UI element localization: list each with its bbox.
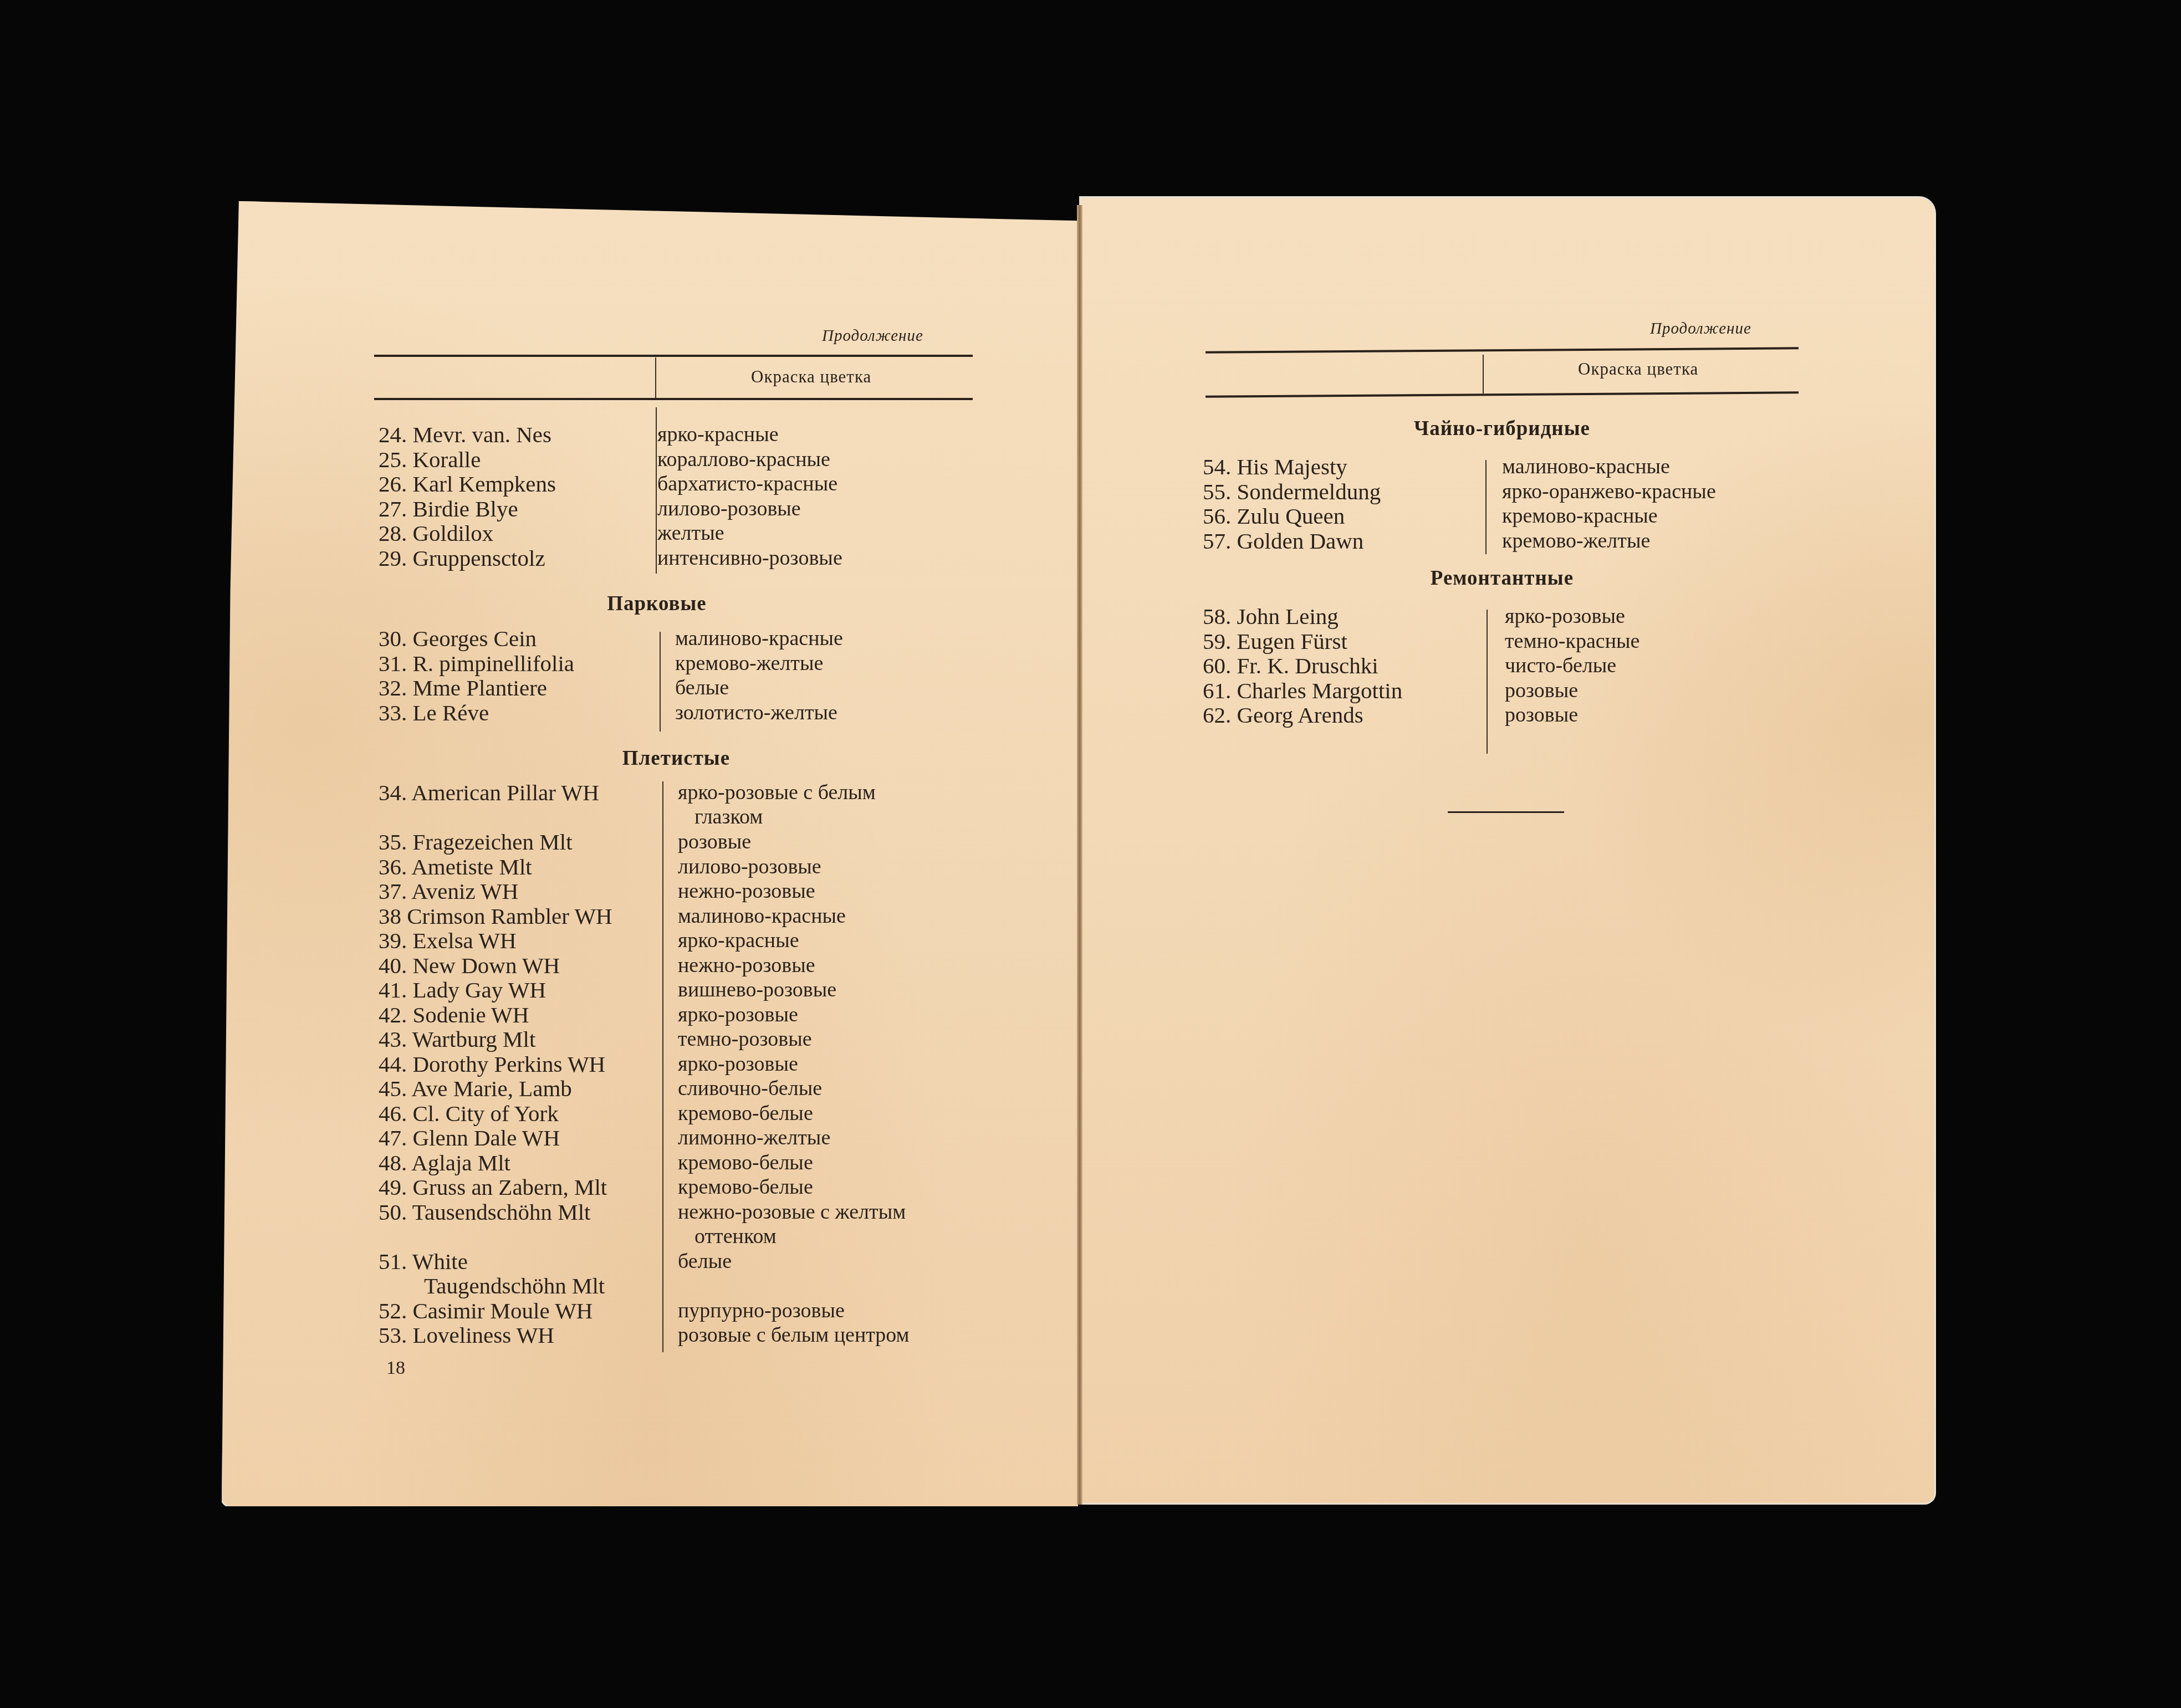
rose-variety-name: 53. Loveliness WH (379, 1323, 554, 1347)
table-row: 33. Le Réveзолотисто-желтые (379, 700, 988, 725)
rose-variety-name: 25. Koralle (379, 447, 481, 472)
table-row: 55. Sondermeldungярко-оранжево-красные (1203, 479, 1812, 504)
left-header-bottom-rule (374, 398, 973, 400)
table-row: 61. Charles Margottinрозовые (1203, 678, 1812, 703)
flower-color: кремово-белые (678, 1150, 813, 1175)
flower-color: розовые (678, 830, 751, 854)
rose-variety-name: 37. Aveniz WH (379, 879, 518, 903)
flower-color: ярко-оранжево-красные (1502, 479, 1716, 504)
rose-variety-name: 59. Eugen Fürst (1203, 629, 1347, 653)
table-row: 53. Loveliness WHрозовые с белым центром (379, 1323, 988, 1348)
right-group-2: 58. John Leingярко-розовые59. Eugen Fürs… (1203, 604, 1812, 728)
table-row: 50. Tausendschöhn Mltнежно-розовые с жел… (379, 1200, 988, 1249)
rose-variety-name: 42. Sodenie WH (379, 1003, 529, 1027)
right-group-1: 54. His Majestyмалиново-красные55. Sonde… (1203, 454, 1812, 553)
table-row: 45. Ave Marie, Lambсливочно-белые (379, 1076, 988, 1101)
rose-variety-name: 34. American Pillar WH (379, 780, 599, 805)
flower-color: белые (678, 1249, 732, 1274)
right-column-header: Окраска цветка (1578, 359, 1698, 379)
flower-color: малиново-красные (675, 626, 843, 651)
rose-variety-name: 58. John Leing (1203, 604, 1339, 628)
left-header-top-rule (374, 355, 973, 357)
rose-variety-name: 27. Birdie Blye (379, 497, 518, 521)
flower-color: кремово-желтые (675, 651, 823, 676)
flower-color: желтые (657, 521, 724, 545)
rose-variety-name: 26. Karl Kempkens (379, 472, 556, 496)
table-row: 41. Lady Gay WHвишнево-розовые (379, 978, 988, 1003)
flower-color: темно-красные (1505, 629, 1639, 653)
table-row: 48. Aglaja Mltкремово-белые (379, 1150, 988, 1175)
table-row: 37. Aveniz WHнежно-розовые (379, 879, 988, 904)
rose-variety-name: 50. Tausendschöhn Mlt (379, 1200, 590, 1224)
flower-color: розовые (1505, 678, 1578, 703)
table-row: 30. Georges Ceinмалиново-красные (379, 626, 988, 651)
rose-variety-name: 51. WhiteTaugendschöhn Mlt (379, 1249, 605, 1298)
rose-variety-name: 47. Glenn Dale WH (379, 1126, 560, 1150)
left-group-1: 24. Mevr. van. Nesярко-красные25. Korall… (379, 422, 988, 570)
rose-variety-name: 41. Lady Gay WH (379, 978, 546, 1002)
flower-color: белые (675, 676, 729, 700)
flower-color: нежно-розовые (678, 953, 815, 978)
left-header-divider (655, 357, 656, 399)
table-row: 59. Eugen Fürstтемно-красные (1203, 629, 1812, 654)
flower-color-continuation: оттенком (678, 1224, 906, 1249)
rose-variety-name: 30. Georges Cein (379, 626, 537, 651)
rose-variety-name: 49. Gruss an Zabern, Mlt (379, 1175, 607, 1199)
left-continuation-label: Продолжение (822, 327, 923, 345)
rose-variety-name: 60. Fr. K. Druschki (1203, 653, 1378, 678)
table-row: 49. Gruss an Zabern, Mltкремово-белые (379, 1175, 988, 1200)
flower-color: лимонно-желтые (678, 1126, 830, 1150)
table-row: 40. New Down WHнежно-розовые (379, 953, 988, 978)
left-column-header: Окраска цветка (751, 367, 871, 387)
section-title-park: Парковые (554, 592, 759, 616)
table-row: 62. Georg Arendsрозовые (1203, 703, 1812, 728)
flower-color: розовые (1505, 703, 1578, 727)
flower-color: вишнево-розовые (678, 978, 836, 1002)
flower-color: лилово-розовые (678, 855, 821, 879)
table-row: 31. R. pimpinellifoliaкремово-желтые (379, 651, 988, 676)
table-row: 56. Zulu Queenкремово-красные (1203, 504, 1812, 529)
table-row: 28. Goldiloxжелтые (379, 521, 988, 546)
flower-color: темно-розовые (678, 1027, 812, 1051)
rose-variety-name: 46. Cl. City of York (379, 1101, 559, 1126)
table-row: 35. Fragezeichen Mltрозовые (379, 830, 988, 855)
right-continuation-label: Продолжение (1650, 320, 1751, 338)
rose-variety-name: 55. Sondermeldung (1203, 479, 1381, 504)
flower-color: кораллово-красные (657, 447, 830, 472)
rose-variety-name: 56. Zulu Queen (1203, 504, 1345, 528)
table-row: 44. Dorothy Perkins WHярко-розовые (379, 1052, 988, 1077)
page-number: 18 (386, 1358, 405, 1379)
table-row: 39. Exelsa WHярко-красные (379, 928, 988, 953)
flower-color: ярко-красные (678, 928, 799, 953)
rose-variety-name: 43. Wartburg Mlt (379, 1027, 535, 1051)
flower-color: нежно-розовые (678, 879, 815, 903)
rose-variety-name: 33. Le Réve (379, 700, 489, 725)
flower-color: розовые с белым центром (678, 1323, 910, 1347)
rose-variety-name: 44. Dorothy Perkins WH (379, 1052, 605, 1076)
flower-color: ярко-красные (657, 422, 779, 447)
table-row: 43. Wartburg Mltтемно-розовые (379, 1027, 988, 1052)
flower-color: ярко-розовые с белымглазком (678, 780, 876, 829)
table-row: 42. Sodenie WHярко-розовые (379, 1003, 988, 1027)
section-title-climbing: Плетистые (588, 746, 765, 770)
rose-variety-name: 29. Gruppensctolz (379, 546, 545, 570)
table-row: 34. American Pillar WHярко-розовые с бел… (379, 780, 988, 830)
flower-color: чисто-белые (1505, 653, 1616, 678)
flower-color: кремово-желтые (1502, 529, 1650, 553)
rose-variety-name: 35. Fragezeichen Mlt (379, 830, 573, 854)
table-row: 25. Koralleкораллово-красные (379, 447, 988, 472)
flower-color: ярко-розовые (1505, 604, 1625, 628)
table-row: 38 Crimson Rambler WHмалиново-красные (379, 904, 988, 929)
rose-variety-name: 54. His Majesty (1203, 454, 1347, 479)
rose-variety-name: 28. Goldilox (379, 521, 493, 545)
rose-variety-name: 32. Mme Plantiere (379, 676, 547, 700)
flower-color: сливочно-белые (678, 1076, 822, 1101)
rose-variety-name: 40. New Down WH (379, 953, 560, 978)
flower-color: кремово-красные (1502, 504, 1658, 528)
flower-color: нежно-розовые с желтымоттенком (678, 1200, 906, 1249)
rose-variety-name: 62. Georg Arends (1203, 703, 1363, 727)
table-row: 52. Casimir Moule WHпурпурно-розовые (379, 1298, 988, 1323)
rose-variety-name-continuation: Taugendschöhn Mlt (379, 1274, 605, 1298)
book-gutter (1077, 205, 1082, 1505)
rose-variety-name: 61. Charles Margottin (1203, 678, 1402, 703)
flower-color: кремово-белые (678, 1101, 813, 1126)
flower-color: золотисто-желтые (675, 700, 837, 725)
flower-color: малиново-красные (678, 904, 846, 928)
left-group-3: 34. American Pillar WHярко-розовые с бел… (379, 780, 988, 1348)
rose-variety-name: 45. Ave Marie, Lamb (379, 1076, 572, 1101)
left-group-2: 30. Georges Ceinмалиново-красные31. R. p… (379, 626, 988, 725)
table-row: 24. Mevr. van. Nesярко-красные (379, 422, 988, 447)
flower-color: кремово-белые (678, 1175, 813, 1199)
rose-variety-name: 48. Aglaja Mlt (379, 1150, 510, 1175)
end-rule (1448, 811, 1564, 813)
table-row: 29. Gruppensctolzинтенсивно-розовые (379, 546, 988, 571)
table-row: 58. John Leingярко-розовые (1203, 604, 1812, 629)
flower-color: ярко-розовые (678, 1052, 798, 1076)
rose-variety-name: 38 Crimson Rambler WH (379, 904, 612, 928)
rose-variety-name: 52. Casimir Moule WH (379, 1298, 593, 1323)
flower-color: ярко-розовые (678, 1003, 798, 1027)
rose-variety-name: 31. R. pimpinellifolia (379, 651, 574, 676)
flower-color: бархатисто-красные (657, 472, 837, 496)
section-title-hybrid-tea: Чайно-гибридные (1397, 417, 1607, 441)
table-row: 36. Ametiste Mltлилово-розовые (379, 855, 988, 879)
table-row: 46. Cl. City of Yorkкремово-белые (379, 1101, 988, 1126)
table-row: 32. Mme Plantiereбелые (379, 676, 988, 700)
table-row: 60. Fr. K. Druschkiчисто-белые (1203, 653, 1812, 678)
rose-variety-name: 36. Ametiste Mlt (379, 855, 532, 879)
table-row: 47. Glenn Dale WHлимонно-желтые (379, 1126, 988, 1150)
flower-color: пурпурно-розовые (678, 1298, 845, 1323)
flower-color: малиново-красные (1502, 454, 1670, 479)
flower-color: лилово-розовые (657, 497, 801, 521)
right-header-divider (1483, 355, 1484, 393)
table-row: 27. Birdie Blyeлилово-розовые (379, 497, 988, 521)
rose-variety-name: 57. Golden Dawn (1203, 529, 1363, 553)
section-title-remontant: Ремонтантные (1408, 566, 1596, 590)
table-row: 51. WhiteTaugendschöhn Mltбелые (379, 1249, 988, 1298)
table-row: 57. Golden Dawnкремово-желтые (1203, 529, 1812, 554)
flower-color: интенсивно-розовые (657, 546, 842, 570)
table-row: 26. Karl Kempkensбархатисто-красные (379, 472, 988, 497)
table-row: 54. His Majestyмалиново-красные (1203, 454, 1812, 479)
rose-variety-name: 39. Exelsa WH (379, 928, 517, 953)
rose-variety-name: 24. Mevr. van. Nes (379, 422, 551, 447)
flower-color-continuation: глазком (678, 805, 876, 829)
